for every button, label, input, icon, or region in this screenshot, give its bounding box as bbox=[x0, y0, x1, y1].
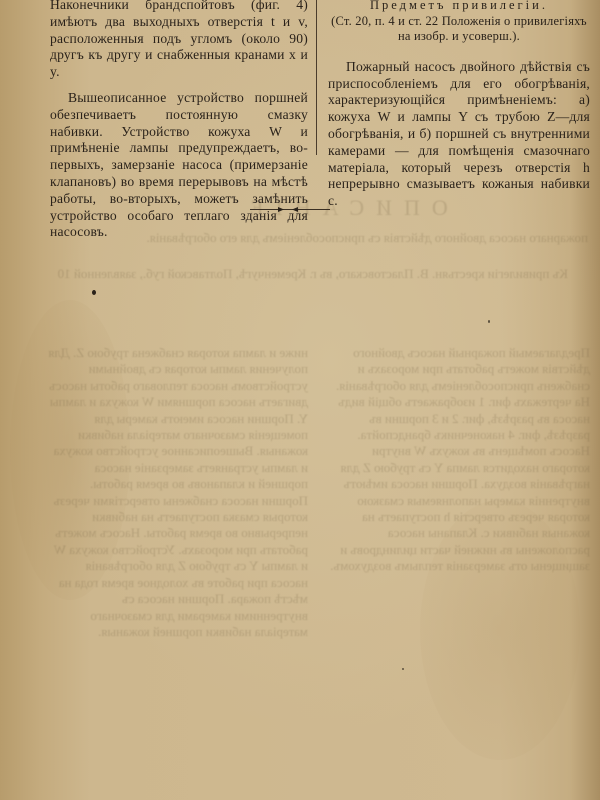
claims-heading: Предметъ привилегіи. bbox=[328, 0, 590, 14]
claim-text: Пожарный насосъ двойного дѣйствія съ при… bbox=[328, 59, 590, 210]
ink-speck bbox=[92, 290, 96, 295]
bleed-through-column-left: ниже и лампа которая снабжена трубою Z. … bbox=[48, 345, 308, 800]
arrow-ornament-icon bbox=[292, 207, 298, 212]
right-column: Предметъ привилегіи. (Ст. 20, п. 4 и ст.… bbox=[328, 0, 590, 210]
left-column: Наконечники брандспойтовъ (фиг. 4) имѣют… bbox=[50, 0, 308, 241]
section-divider-ornament bbox=[250, 208, 330, 212]
divider-line bbox=[250, 209, 330, 210]
column-divider bbox=[316, 0, 317, 155]
paragraph-lubrication: Вышеописанное устройство поршней обезпеч… bbox=[50, 90, 308, 241]
bleed-through-column-right: Предлагаемый пожарный насосъ двойного дѣ… bbox=[322, 345, 590, 800]
ink-speck bbox=[402, 668, 404, 670]
scanned-page: ОПИСАНІЕ пожарнаго насоса двойного дѣйст… bbox=[0, 0, 600, 800]
bleed-through-byline: Къ привилегіи крестьян. В. Пластовскаго,… bbox=[58, 266, 568, 282]
claims-legal-reference: (Ст. 20, п. 4 и ст. 22 Положенія о приви… bbox=[328, 14, 590, 45]
paragraph-nozzles: Наконечники брандспойтовъ (фиг. 4) имѣют… bbox=[50, 0, 308, 81]
ink-speck bbox=[488, 320, 490, 323]
arrow-ornament-icon bbox=[278, 207, 284, 212]
